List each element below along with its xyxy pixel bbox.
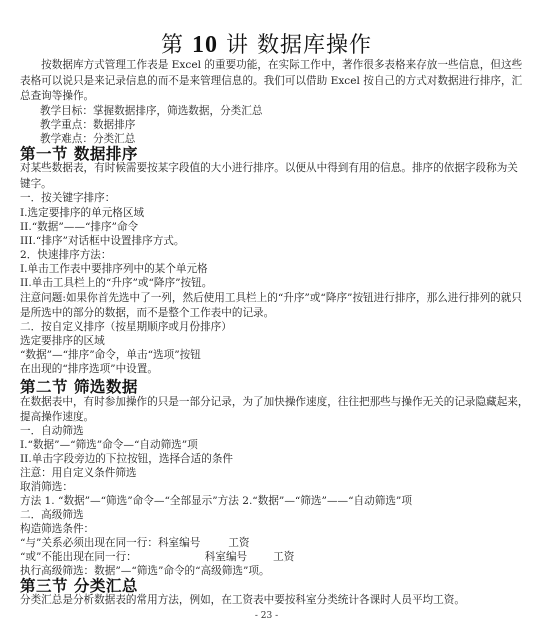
s2-para-line-1: 在数据表中，有时参加操作的只是一部分记录，为了加快操作速度，往往把那些与操作无关… [20,394,529,410]
s1-quick-ii: II.单击工具栏上的“升序”或“降序”按钮。 [20,275,212,291]
intro-line-2: 表格可以说只是来记录信息的而不是来管理信息的。我们可以借助 Excel 按自己的… [20,73,522,89]
intro-line-1: 按数据库方式管理工作表是 Excel 的重要功能，在实际工作中，著作很多表格来存… [20,57,522,73]
or-salary: 工资 [273,551,294,563]
intro-line-3: 总查询等操作。 [20,88,94,104]
s1-para-line-1: 对某些数据表，有时候需要按某字段值的大小进行排序。以便从中得到有用的信息。排序的… [20,160,518,176]
and-salary: 工资 [228,537,249,549]
title-number: 10 [192,32,218,58]
title-suffix: 讲 数据库操作 [226,33,372,58]
and-label: “与”关系必须出现在同一行：科室编号 [20,537,200,549]
or-dept-code: 科室编号 [205,551,247,563]
or-label: “或”不能出现在同一行： [20,551,137,563]
s3-para: 分类汇总是分析数据表的常用方法，例如，在工资表中要按科室分类统计各课时人员平均工… [20,592,465,608]
document-title: 第 10 讲 数据库操作 [0,28,533,59]
page-number: - 23 - [0,611,533,621]
s1-note-line-1: 注意问题:如果你首先选中了一列，然后使用工具栏上的“升序”或“降序”按钮进行排序… [20,290,522,306]
title-prefix: 第 [161,33,184,58]
s1-sub1: 一．按关键字排序： [20,190,115,206]
